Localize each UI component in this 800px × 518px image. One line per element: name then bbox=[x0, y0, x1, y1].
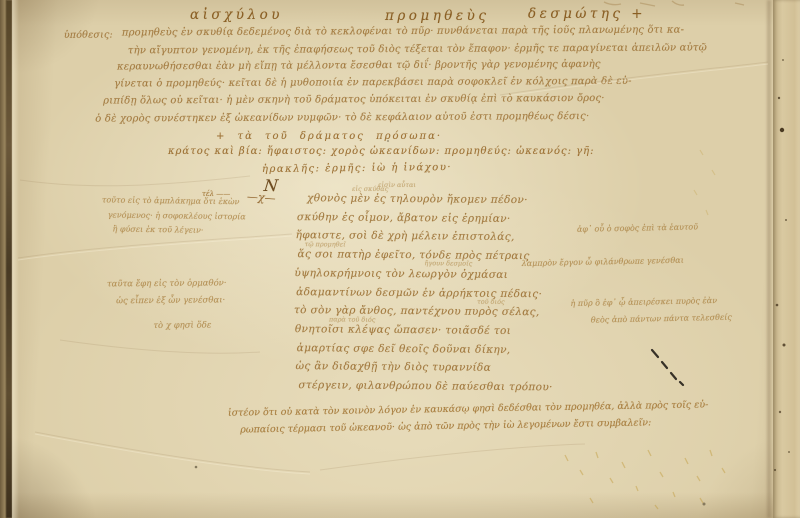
bleedthrough-flecks bbox=[565, 450, 725, 509]
bottom-scholium: ἰστέον ὅτι οὐ κατὰ τὸν κοινὸν λόγον ἐν κ… bbox=[0, 0, 800, 469]
scholium-line: ἰστέον ὅτι οὐ κατὰ τὸν κοινὸν λόγον ἐν κ… bbox=[228, 399, 709, 418]
manuscript-page: αἰσχύλου προμηθεὺς δεσμώτης + ὑπόθεσις: … bbox=[0, 0, 800, 518]
scholium-line: ρωπαίοις τέρμασι τοῦ ὠκεανοῦ· ὡς ἀπὸ τῶν… bbox=[240, 417, 651, 435]
